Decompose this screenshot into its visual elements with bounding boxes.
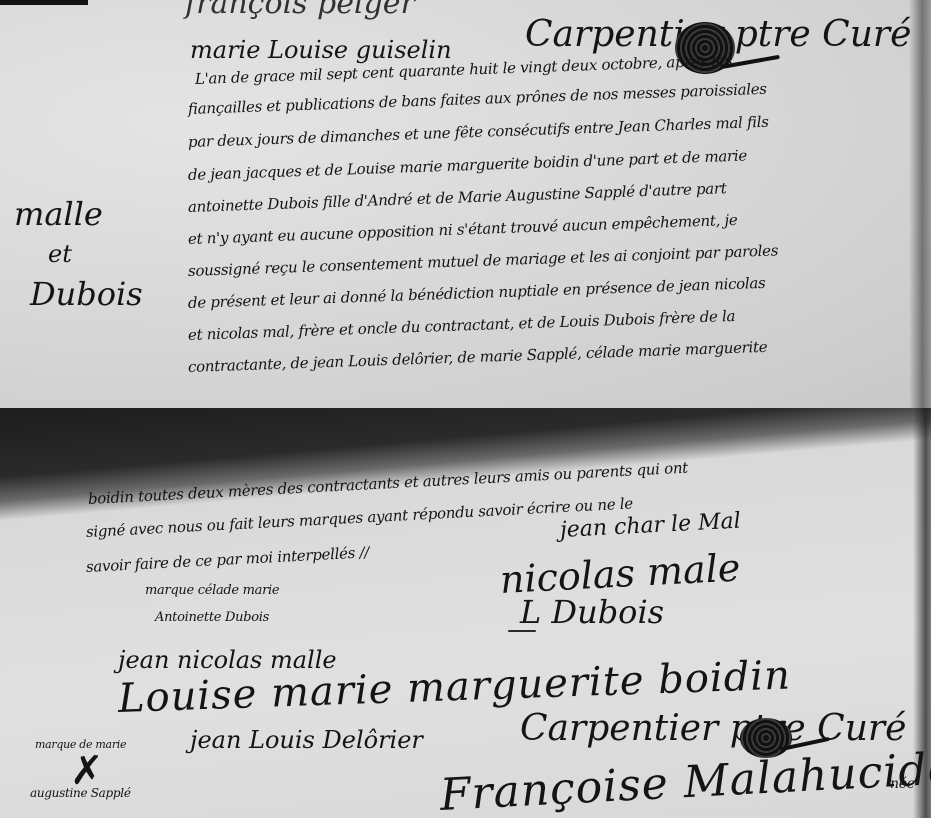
record-line: savoir faire de ce par moi interpellés /… bbox=[86, 543, 370, 576]
record-line: contractante, de jean Louis delôrier, de… bbox=[188, 338, 768, 376]
signature-augustine-sapple: augustine Sapplé bbox=[30, 786, 131, 800]
scan-corner-bar bbox=[0, 0, 88, 5]
record-line: par deux jours de dimanches et une fête … bbox=[188, 113, 769, 151]
signature-dubois: L Dubois bbox=[520, 593, 664, 631]
signature-jean-louis: jean Louis Delôrier bbox=[190, 726, 423, 754]
record-line: de présent et leur ai donné la bénédicti… bbox=[188, 274, 766, 312]
margin-note-groom: malle bbox=[14, 195, 103, 233]
binding-shadow bbox=[909, 0, 931, 408]
heading-signature-partial: françois pelger bbox=[185, 0, 415, 21]
signature-carpentier-bottom: Carpentier ptre Curé bbox=[520, 708, 906, 749]
record-line: et nicolas mal, frère et oncle du contra… bbox=[188, 307, 736, 344]
mark-celade-marie: marque célade marie bbox=[145, 583, 279, 598]
top-page-scan: françois pelger marie Louise guiselin Ca… bbox=[0, 0, 931, 408]
record-line: et n'y ayant eu aucune opposition ni s'é… bbox=[188, 211, 738, 248]
signature-marie-louise-guiselin: marie Louise guiselin bbox=[190, 36, 452, 64]
record-line: antoinette Dubois fille d'André et de Ma… bbox=[188, 179, 727, 216]
record-line: soussigné reçu le consentement mutuel de… bbox=[188, 241, 779, 280]
signature-antoinette-dubois: Antoinette Dubois bbox=[155, 610, 269, 625]
nee-fragment: née bbox=[890, 776, 915, 792]
signature-underline bbox=[508, 630, 536, 632]
record-line: de jean jacques et de Louise marie margu… bbox=[188, 146, 748, 184]
margin-note-and: et bbox=[48, 240, 72, 268]
signature-francoise-malahucide: Françoise Malahucide bbox=[439, 743, 931, 818]
margin-note-bride: Dubois bbox=[30, 275, 143, 313]
record-line: fiançailles et publications de bans fait… bbox=[188, 80, 767, 118]
bottom-page-scan: boidin toutes deux mères des contractant… bbox=[0, 408, 931, 818]
